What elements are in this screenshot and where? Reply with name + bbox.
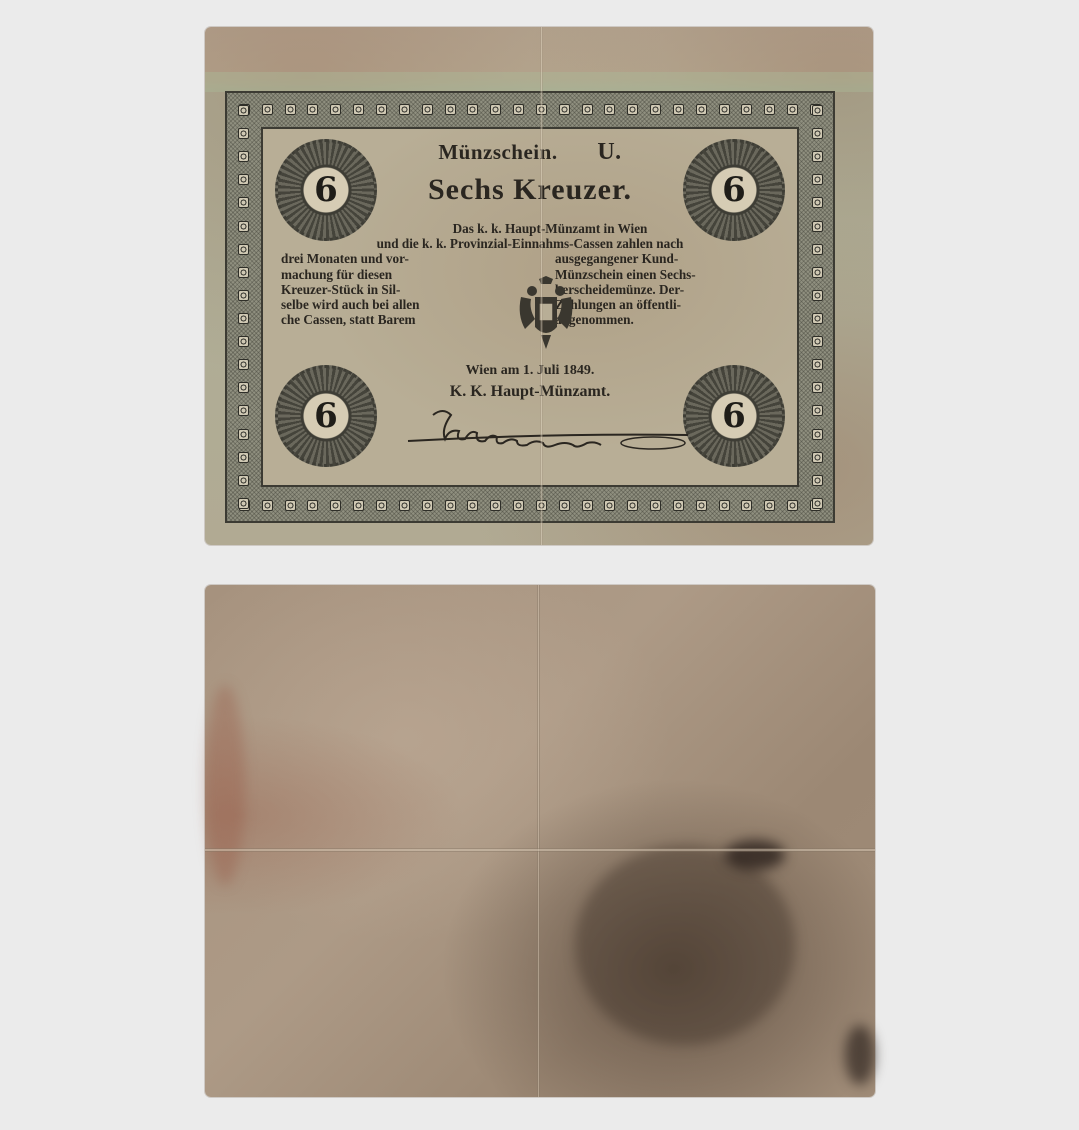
stain <box>845 1025 875 1085</box>
denomination-title: Sechs Kreuzer. <box>263 173 797 207</box>
double-headed-eagle-icon <box>515 275 577 353</box>
note-center-panel: 6 6 6 6 Münzschein. U. Sechs Kreuzer. Da… <box>261 127 799 487</box>
issue-date: Wien am 1. Juli 1849. <box>263 363 797 379</box>
border-ornaments-right <box>807 99 827 515</box>
border-ornaments-left <box>233 99 253 515</box>
fold-crease-vertical <box>537 585 540 1097</box>
corner-value: 6 <box>314 170 338 210</box>
corner-value: 6 <box>722 170 746 210</box>
rosette-bottom-right: 6 <box>683 365 785 467</box>
series-heading: Münzschein. U. <box>263 139 797 166</box>
corner-value: 6 <box>722 396 746 436</box>
text-line: drei Monaten und vor- ausgegangener Kund… <box>281 251 779 266</box>
fold-crease-horizontal <box>205 848 875 852</box>
corner-value: 6 <box>314 396 338 436</box>
rosette-bottom-left: 6 <box>275 365 377 467</box>
issuing-office: K. K. Haupt-Münzamt. <box>263 383 797 401</box>
fold-crease <box>540 27 543 545</box>
series-letter: U. <box>597 139 621 165</box>
signature <box>403 405 693 455</box>
banknote-back <box>205 585 875 1097</box>
green-band <box>205 72 873 92</box>
border-ornaments-bottom <box>233 495 827 515</box>
ornamental-border: 6 6 6 6 Münzschein. U. Sechs Kreuzer. Da… <box>225 91 835 523</box>
stain <box>575 845 795 1045</box>
banknote-front: 6 6 6 6 Münzschein. U. Sechs Kreuzer. Da… <box>205 27 873 545</box>
stain <box>205 685 245 885</box>
text-line: und die k. k. Provinzial-Einnahms-Cassen… <box>281 236 779 251</box>
border-ornaments-top <box>233 99 827 119</box>
text-line: Das k. k. Haupt-Münzamt in Wien <box>281 221 779 236</box>
stain <box>725 840 785 870</box>
